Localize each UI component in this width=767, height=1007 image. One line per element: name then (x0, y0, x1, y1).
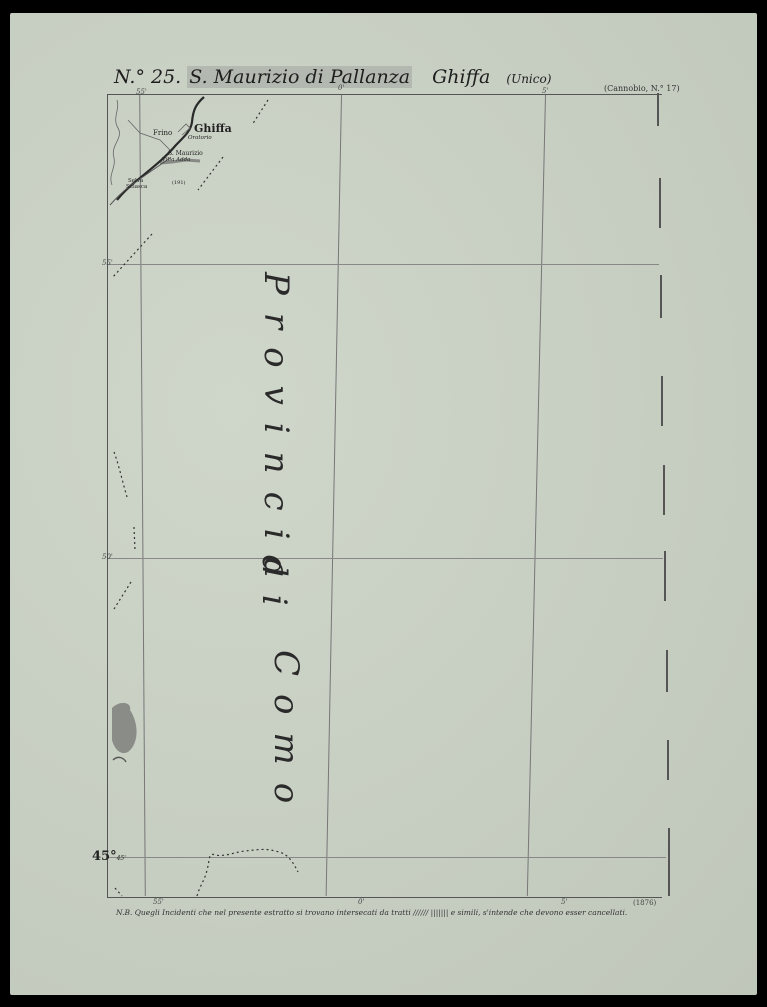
footnote: N.B. Quegli Incidenti che nel presente e… (116, 908, 627, 917)
place-label-oratorio: Oratorio (188, 135, 212, 141)
place-label-ghiffa: Ghiffa (194, 122, 232, 135)
place-label-s-maurizio: S. Maurizio (168, 150, 203, 157)
place-label-selasca: Selasca (126, 184, 147, 190)
place-label-frino: Frino (153, 129, 172, 137)
elevation-label: (191) (172, 180, 185, 186)
place-label-villa-adda: Villa Adda (162, 157, 190, 163)
map-features (0, 0, 767, 1007)
